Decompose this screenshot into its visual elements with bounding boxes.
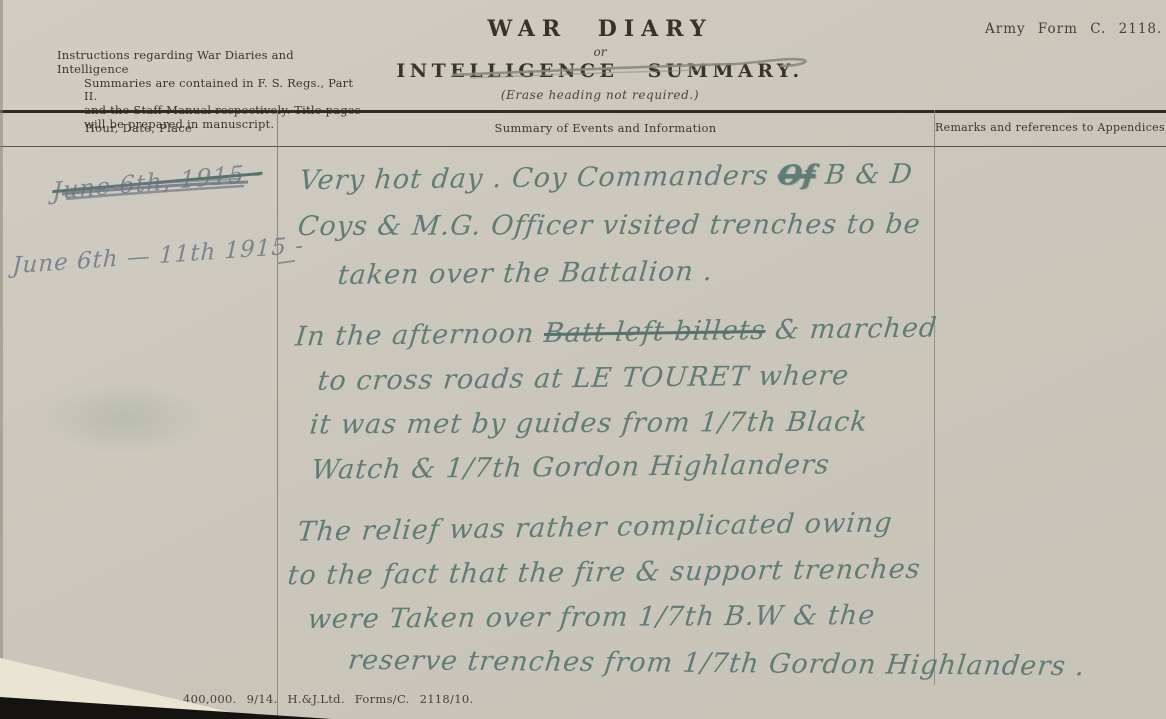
ink-bleed-smudge bbox=[38, 382, 208, 454]
column-header-hour-date-place: Hour, Date, Place bbox=[0, 121, 277, 135]
army-form-number: Army Form C. 2118. bbox=[985, 21, 1162, 37]
diary-text: & marched bbox=[764, 313, 939, 346]
diary-line: The relief was rather complicated owing bbox=[296, 507, 894, 547]
form-title-block: WAR DIARY or INTELLIGENCE SUMMARY. (Eras… bbox=[380, 16, 820, 102]
form-instructions: Instructions regarding War Diaries and I… bbox=[57, 49, 367, 132]
diary-text: Watch & 1/7th Gordon Highlanders bbox=[310, 449, 831, 485]
table-header-rule bbox=[0, 146, 1166, 147]
page-edge-shadow bbox=[0, 0, 3, 719]
diary-text: it was met by guides from 1/7th Black bbox=[308, 407, 869, 441]
diary-text: to the fact that the fire & support tren… bbox=[286, 554, 922, 592]
diary-line: taken over the Battalion . bbox=[336, 256, 714, 291]
diary-line: to cross roads at LE TOURET where bbox=[316, 360, 850, 397]
form-title-intelligence-summary: INTELLIGENCE SUMMARY. bbox=[380, 60, 820, 82]
column-header-summary: Summary of Events and Information bbox=[277, 121, 934, 135]
instructions-line: Summaries are contained in F. S. Regs., … bbox=[84, 77, 367, 105]
table-column-divider-right bbox=[934, 110, 935, 685]
diary-text: The relief was rather complicated owing bbox=[296, 507, 894, 547]
column-header-remarks: Remarks and references to Appendices bbox=[934, 121, 1166, 134]
diary-line: to the fact that the fire & support tren… bbox=[286, 554, 922, 592]
diary-line: were Taken over from 1/7th B.W & the bbox=[306, 600, 877, 635]
diary-line: In the afternoon Batt left billets & mar… bbox=[294, 313, 939, 353]
diary-text: In the afternoon bbox=[294, 318, 545, 352]
entry-date-range: June 6th — 11th 1915 - bbox=[12, 233, 305, 280]
war-diary-page: { "page": { "army_form": "Army Form C. 2… bbox=[0, 0, 1166, 719]
form-title-note: (Erase heading not required.) bbox=[380, 88, 820, 102]
diary-text-struck: Batt left billets bbox=[543, 315, 767, 349]
entry-date-struck: June 6th, 1915 - bbox=[52, 159, 263, 206]
diary-text: were Taken over from 1/7th B.W & the bbox=[306, 600, 877, 635]
diary-text: to cross roads at LE TOURET where bbox=[316, 360, 850, 397]
diary-text: reserve trenches from 1/7th Gordon Highl… bbox=[347, 645, 1087, 682]
instructions-line: Instructions regarding War Diaries and I… bbox=[57, 49, 367, 77]
form-title-or: or bbox=[380, 45, 820, 59]
form-title-war-diary: WAR DIARY bbox=[380, 16, 820, 42]
printer-imprint: 400,000. 9/14. H.&J.Ltd. Forms/C. 2118/1… bbox=[183, 692, 473, 706]
diary-line: Watch & 1/7th Gordon Highlanders bbox=[310, 449, 831, 485]
diary-line: Coys & M.G. Officer visited trenches to … bbox=[296, 209, 922, 242]
diary-line: reserve trenches from 1/7th Gordon Highl… bbox=[347, 645, 1087, 682]
diary-text: Very hot day . Coy Commanders bbox=[298, 160, 780, 196]
diary-text: taken over the Battalion . bbox=[336, 256, 714, 291]
diary-text: Coys & M.G. Officer visited trenches to … bbox=[296, 209, 922, 242]
diary-line: it was met by guides from 1/7th Black bbox=[308, 407, 869, 441]
table-top-rule bbox=[0, 110, 1166, 113]
diary-text-struck: Of bbox=[777, 160, 817, 191]
table-column-divider-left bbox=[277, 110, 278, 719]
diary-line: Very hot day . Coy Commanders Of B & D bbox=[298, 159, 914, 196]
diary-text: B & D bbox=[814, 159, 914, 191]
